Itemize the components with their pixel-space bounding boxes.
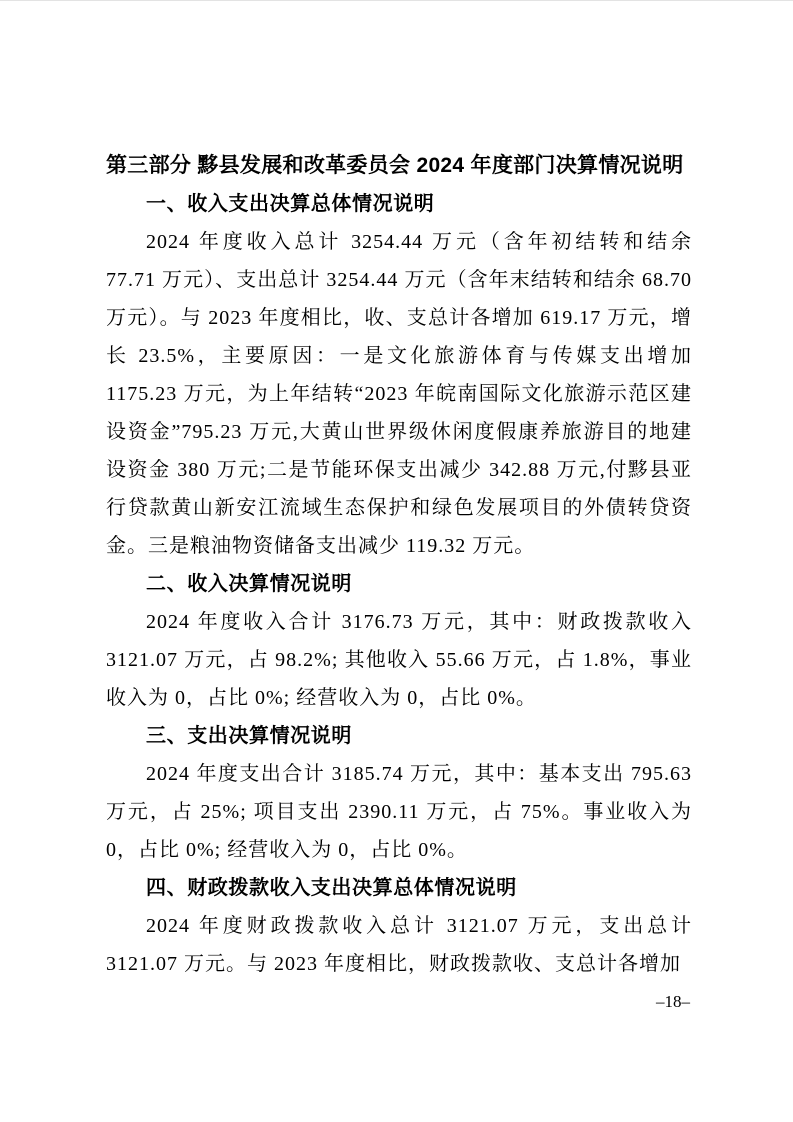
content-area: 第三部分 黟县发展和改革委员会 2024 年度部门决算情况说明 一、收入支出决算…: [106, 147, 692, 983]
section-heading-expenditure-accounts: 三、支出决算情况说明: [106, 717, 692, 755]
section-heading-fiscal-appropriation-overview: 四、财政拨款收入支出决算总体情况说明: [106, 869, 692, 907]
section-body-income-expenditure-overview: 2024 年度收入总计 3254.44 万元（含年初结转和结余 77.71 万元…: [106, 223, 692, 565]
page-number: –18–: [656, 992, 690, 1012]
document-page: 第三部分 黟县发展和改革委员会 2024 年度部门决算情况说明 一、收入支出决算…: [0, 0, 793, 1122]
page-title: 第三部分 黟县发展和改革委员会 2024 年度部门决算情况说明: [106, 147, 692, 185]
section-heading-income-accounts: 二、收入决算情况说明: [106, 565, 692, 603]
section-body-fiscal-appropriation-overview: 2024 年度财政拨款收入总计 3121.07 万元，支出总计 3121.07 …: [106, 907, 692, 983]
section-body-expenditure-accounts: 2024 年度支出合计 3185.74 万元，其中：基本支出 795.63 万元…: [106, 755, 692, 869]
section-heading-income-expenditure-overview: 一、收入支出决算总体情况说明: [106, 185, 692, 223]
section-body-income-accounts: 2024 年度收入合计 3176.73 万元，其中：财政拨款收入 3121.07…: [106, 603, 692, 717]
